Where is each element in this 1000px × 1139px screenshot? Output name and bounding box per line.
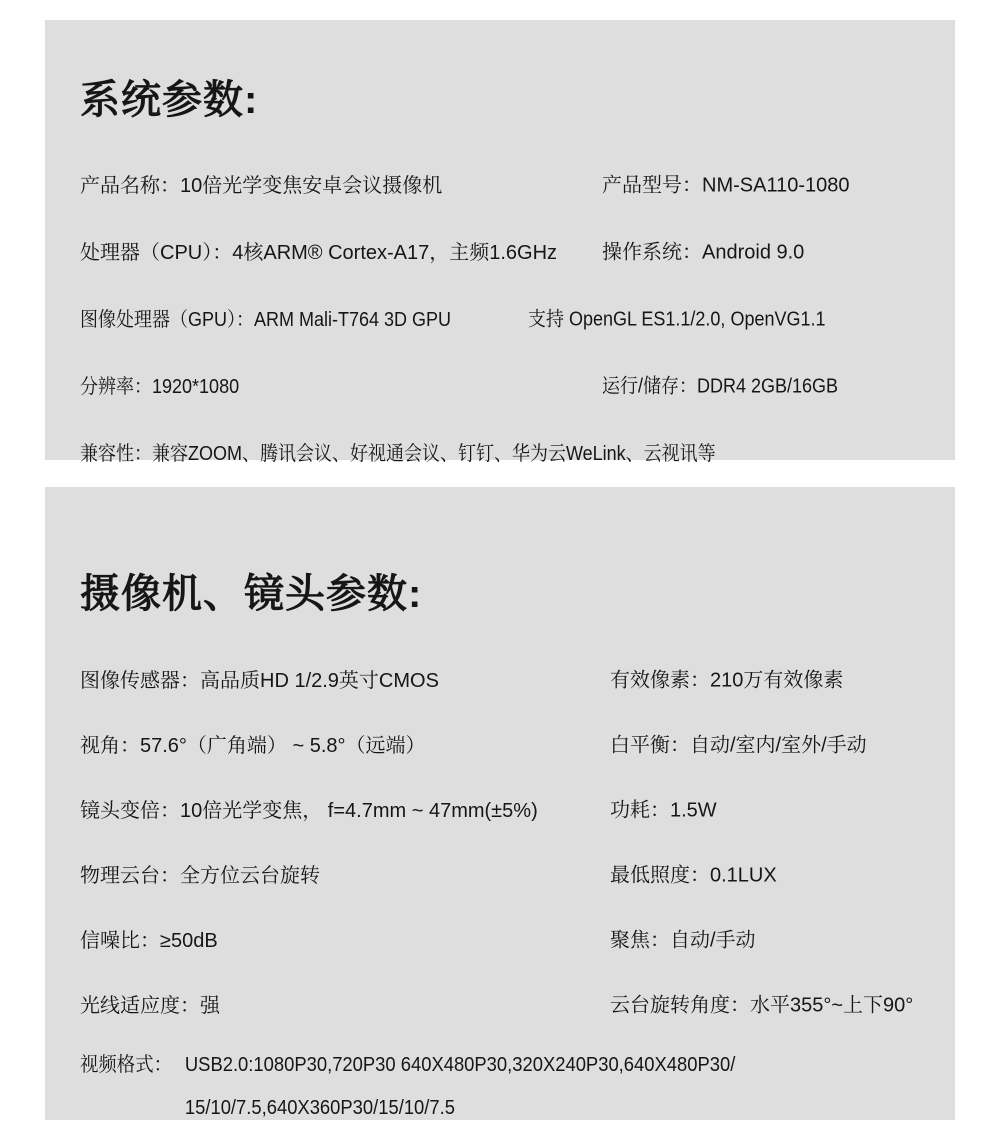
spec-cell-gpu: 图像处理器（GPU）：ARM Mali-T764 3D GPU [80,303,451,332]
spec-row-video-format: 视频格式： USB2.0:1080P30,720P30 640X480P30,3… [80,1044,853,1130]
spec-cell-resolution: 分辨率：1920*1080 [80,370,239,399]
spec-cell-lens-zoom: 镜头变倍：10倍光学变焦， f=4.7mm ~ 47mm(±5%) [80,794,538,823]
spec-cell-cpu: 处理器（CPU）：4核ARM® Cortex-A17，主频1.6GHz [80,236,557,265]
spec-cell-effective-pixels: 有效像素：210万有效像素 [610,664,843,693]
spec-cell-product-name: 产品名称：10倍光学变焦安卓会议摄像机 [80,169,442,198]
spec-value: 1920*1080 [152,376,239,398]
spec-cell-os: 操作系统：Android 9.0 [602,236,804,265]
spec-label: 产品名称： [80,175,180,197]
spec-value: NM-SA110-1080 [702,175,849,197]
spec-value: 自动/手动 [670,930,756,952]
video-format-values: USB2.0:1080P30,720P30 640X480P30,320X240… [185,1044,735,1130]
spec-cell-snr: 信噪比：≥50dB [80,924,218,953]
spec-row-resolution-memory: 分辨率：1920*1080 运行/储存：DDR4 2GB/16GB [80,351,920,418]
spec-value: 10倍光学变焦安卓会议摄像机 [180,175,442,197]
spec-label: 产品型号： [602,175,702,197]
spec-row-cpu-os: 处理器（CPU）：4核ARM® Cortex-A17，主频1.6GHz 操作系统… [80,217,920,284]
spec-label: 视角： [80,735,140,757]
spec-page: 系统参数: 产品名称：10倍光学变焦安卓会议摄像机 产品型号：NM-SA110-… [0,0,1000,1139]
spec-label: 图像传感器： [80,670,200,692]
camera-params-title: 摄像机、镜头参数: [80,514,920,619]
spec-cell-rotation-angle: 云台旋转角度：水平355°~上下90° [610,989,913,1018]
spec-row-compatibility: 兼容性：兼容ZOOM、腾讯会议、好视通会议、钉钉、华为云WeLink、云视讯等 [80,418,920,485]
spec-value: Android 9.0 [702,242,804,264]
spec-cell-fov: 视角：57.6°（广角端） ~ 5.8°（远端） [80,729,426,758]
spec-row-ptz-lux: 物理云台：全方位云台旋转 最低照度：0.1LUX [80,841,920,906]
spec-value: 57.6°（广角端） ~ 5.8°（远端） [140,735,426,757]
spec-label: 信噪比： [80,930,160,952]
spec-label: 视频格式： [80,1044,185,1087]
spec-label: 云台旋转角度： [610,995,750,1017]
camera-params-rows: 图像传感器：高品质HD 1/2.9英寸CMOS 有效像素：210万有效像素 视角… [80,646,920,1130]
spec-label: 最低照度： [610,865,710,887]
spec-label: 图像处理器（GPU）： [80,309,254,331]
spec-row-zoom-power: 镜头变倍：10倍光学变焦， f=4.7mm ~ 47mm(±5%) 功耗：1.5… [80,776,920,841]
camera-params-card: 摄像机、镜头参数: 图像传感器：高品质HD 1/2.9英寸CMOS 有效像素：2… [45,487,955,1120]
spec-label: 分辨率： [80,376,152,398]
spec-value: DDR4 2GB/16GB [697,376,838,398]
spec-cell-memory: 运行/储存：DDR4 2GB/16GB [602,370,838,399]
spec-row-product-name-model: 产品名称：10倍光学变焦安卓会议摄像机 产品型号：NM-SA110-1080 [80,150,920,217]
spec-cell-min-illumination: 最低照度：0.1LUX [610,859,777,888]
spec-cell-focus: 聚焦：自动/手动 [610,924,756,953]
spec-row-snr-focus: 信噪比：≥50dB 聚焦：自动/手动 [80,906,920,971]
spec-label: 聚焦： [610,930,670,952]
spec-label: 处理器（CPU）： [80,242,232,264]
spec-value: 10倍光学变焦， f=4.7mm ~ 47mm(±5%) [180,800,538,822]
spec-label: 白平衡： [610,735,690,757]
spec-value: 4核ARM® Cortex-A17，主频1.6GHz [232,242,557,264]
spec-label: 有效像素： [610,670,710,692]
spec-row-sensor-pixels: 图像传感器：高品质HD 1/2.9英寸CMOS 有效像素：210万有效像素 [80,646,920,711]
spec-value: 0.1LUX [710,865,777,887]
spec-row-fov-whitebalance: 视角：57.6°（广角端） ~ 5.8°（远端） 白平衡：自动/室内/室外/手动 [80,711,920,776]
video-format-line-1: USB2.0:1080P30,720P30 640X480P30,320X240… [185,1044,735,1087]
spec-label: 操作系统： [602,242,702,264]
spec-cell-white-balance: 白平衡：自动/室内/室外/手动 [610,729,867,758]
spec-label: 运行/储存： [602,376,697,398]
spec-value: 强 [200,995,220,1017]
spec-cell-product-model: 产品型号：NM-SA110-1080 [602,169,849,198]
spec-value: ARM Mali-T764 3D GPU [254,309,451,331]
spec-value: ≥50dB [160,930,218,952]
spec-row-gpu: 图像处理器（GPU）：ARM Mali-T764 3D GPU 支持 OpenG… [80,284,920,351]
spec-cell-compatibility: 兼容性：兼容ZOOM、腾讯会议、好视通会议、钉钉、华为云WeLink、云视讯等 [80,437,716,466]
spec-cell-sensor: 图像传感器：高品质HD 1/2.9英寸CMOS [80,664,439,693]
spec-value: 自动/室内/室外/手动 [690,735,867,757]
spec-label: 光线适应度： [80,995,200,1017]
spec-cell-gpu-support: 支持 OpenGL ES1.1/2.0, OpenVG1.1 [528,303,826,332]
spec-value: 全方位云台旋转 [180,865,320,887]
video-format-line-2: 15/10/7.5,640X360P30/15/10/7.5 [185,1087,735,1130]
spec-label: 功耗： [610,800,670,822]
spec-label: 物理云台： [80,865,180,887]
spec-label: 镜头变倍： [80,800,180,822]
spec-cell-power: 功耗：1.5W [610,794,717,823]
spec-value: 水平355°~上下90° [750,995,913,1017]
spec-value: 210万有效像素 [710,670,843,692]
spec-cell-light-adaptability: 光线适应度：强 [80,989,220,1018]
spec-value: 兼容ZOOM、腾讯会议、好视通会议、钉钉、华为云WeLink、云视讯等 [152,443,716,465]
system-params-card: 系统参数: 产品名称：10倍光学变焦安卓会议摄像机 产品型号：NM-SA110-… [45,20,955,460]
spec-cell-ptz: 物理云台：全方位云台旋转 [80,859,320,888]
spec-value: 支持 OpenGL ES1.1/2.0, OpenVG1.1 [528,309,826,331]
spec-value: 高品质HD 1/2.9英寸CMOS [200,670,439,692]
spec-label: 兼容性： [80,443,152,465]
system-params-title: 系统参数: [80,47,920,123]
spec-value: 1.5W [670,800,717,822]
system-params-rows: 产品名称：10倍光学变焦安卓会议摄像机 产品型号：NM-SA110-1080 处… [80,150,920,485]
spec-row-light-rotation: 光线适应度：强 云台旋转角度：水平355°~上下90° [80,971,920,1036]
